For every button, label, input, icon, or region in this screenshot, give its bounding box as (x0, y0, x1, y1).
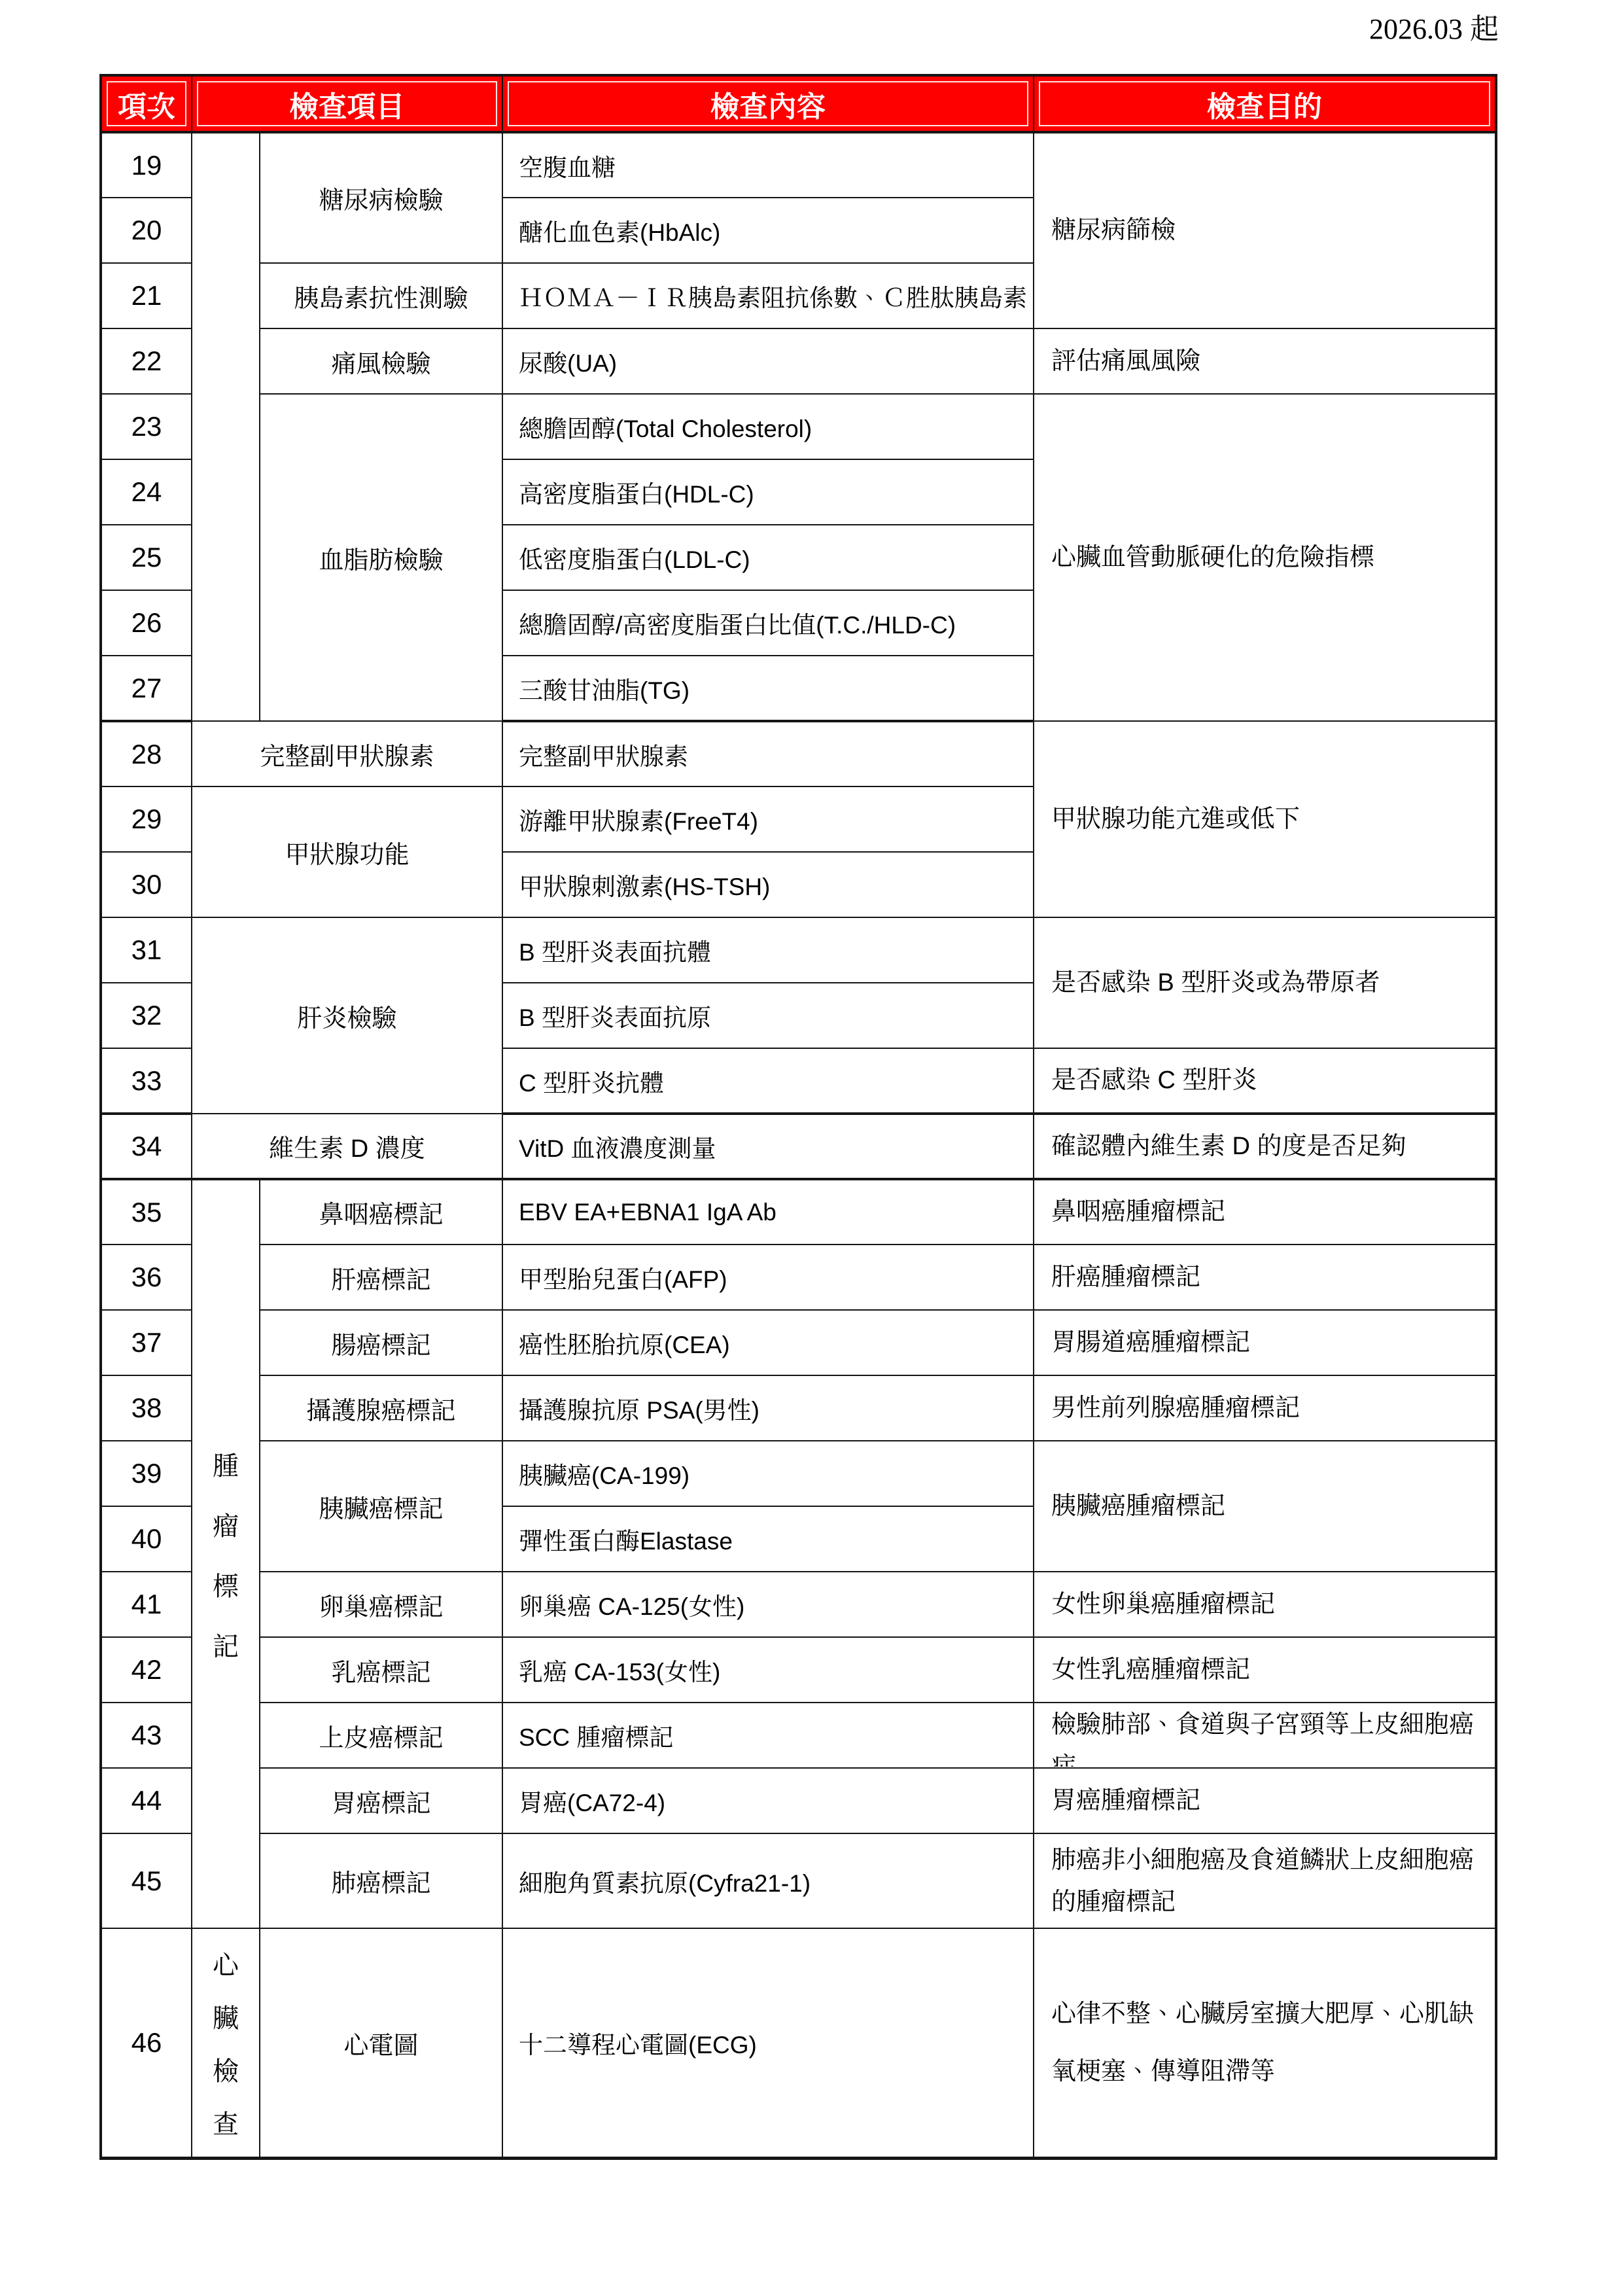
cell-42-purpose: 女性乳癌腫瘤標記 (1034, 1637, 1496, 1703)
cell-38-content: 攝護腺抗原 PSA(男性) (502, 1375, 1034, 1441)
cell-23-no: 23 (101, 394, 192, 459)
table-row-46: 46 心 臟 檢 查 心電圖 十二導程心電圖(ECG) 心律不整、心臟房室擴大肥… (101, 1928, 1496, 2159)
cell-43-no: 43 (101, 1703, 192, 1768)
cell-19-item: 糖尿病檢驗 (260, 132, 502, 263)
cell-20-no: 20 (101, 198, 192, 263)
cell-22-content: 尿酸(UA) (502, 328, 1034, 394)
cell-30-content: 甲狀腺刺激素(HS-TSH) (502, 852, 1034, 917)
cell-29-item: 甲狀腺功能 (192, 786, 502, 917)
cell-27-content: 三酸甘油脂(TG) (502, 656, 1034, 721)
cell-31-purpose: 是否感染 B 型肝炎或為帶原者 (1034, 917, 1496, 1048)
cell-24-no: 24 (101, 459, 192, 525)
group-tumor-char-3: 標 (192, 1566, 259, 1603)
cell-45-content: 細胞角質素抗原(Cyfra21-1) (502, 1833, 1034, 1928)
group-tumor-char-4: 記 (192, 1626, 259, 1663)
cell-44-item: 胃癌標記 (260, 1768, 502, 1833)
cell-45-no: 45 (101, 1833, 192, 1928)
header-content: 檢查內容 (502, 75, 1034, 132)
group-blank (192, 132, 260, 721)
date-note: 2026.03 起 (1369, 5, 1499, 47)
page: { "page": { "date_note": "2026.03 起", "c… (0, 0, 1623, 2296)
cell-25-no: 25 (101, 525, 192, 590)
group-tumor-char-2: 瘤 (192, 1506, 259, 1543)
cell-22-item: 痛風檢驗 (260, 328, 502, 394)
cell-27-no: 27 (101, 656, 192, 721)
cell-36-purpose: 肝癌腫瘤標記 (1034, 1245, 1496, 1310)
cell-30-no: 30 (101, 852, 192, 917)
cell-42-no: 42 (101, 1637, 192, 1703)
cell-31-item: 肝炎檢驗 (192, 917, 502, 1114)
table-row-38: 38 攝護腺癌標記 攝護腺抗原 PSA(男性) 男性前列腺癌腫瘤標記 (101, 1375, 1496, 1441)
cell-28-no: 28 (101, 721, 192, 786)
cell-33-content: C 型肝炎抗體 (502, 1048, 1034, 1114)
table-row-28: 28 完整副甲狀腺素 完整副甲狀腺素 甲狀腺功能亢進或低下 (101, 721, 1496, 786)
cell-31-content: B 型肝炎表面抗體 (502, 917, 1034, 983)
cell-43-purpose-clipbox: 檢驗肺部、食道與子宮頸等上皮細胞癌 症 (1051, 1704, 1484, 1767)
cell-37-content: 癌性胚胎抗原(CEA) (502, 1310, 1034, 1375)
cell-26-no: 26 (101, 590, 192, 656)
cell-41-purpose: 女性卵巢癌腫瘤標記 (1034, 1572, 1496, 1637)
cell-23-content: 總膽固醇(Total Cholesterol) (502, 394, 1034, 459)
header-no: 項次 (101, 75, 192, 132)
cell-23-item: 血脂肪檢驗 (260, 394, 502, 721)
cell-32-no: 32 (101, 983, 192, 1048)
cell-29-content: 游離甲狀腺素(FreeT4) (502, 786, 1034, 852)
cell-35-no: 35 (101, 1179, 192, 1245)
header-row: 項次 檢查項目 檢查內容 檢查目的 (101, 75, 1496, 132)
cell-25-content: 低密度脂蛋白(LDL-C) (502, 525, 1034, 590)
table-row-45: 45 肺癌標記 細胞角質素抗原(Cyfra21-1) 肺癌非小細胞癌及食道鱗狀上… (101, 1833, 1496, 1928)
header-item: 檢查項目 (192, 75, 502, 132)
cell-37-item: 腸癌標記 (260, 1310, 502, 1375)
cell-33-purpose: 是否感染 C 型肝炎 (1034, 1048, 1496, 1114)
table-row-36: 36 肝癌標記 甲型胎兒蛋白(AFP) 肝癌腫瘤標記 (101, 1245, 1496, 1310)
group-tumor-char-1: 腫 (192, 1445, 259, 1483)
table-row-44: 44 胃癌標記 胃癌(CA72-4) 胃癌腫瘤標記 (101, 1768, 1496, 1833)
table-row-43: 43 上皮癌標記 SCC 腫瘤標記 檢驗肺部、食道與子宮頸等上皮細胞癌 症 (101, 1703, 1496, 1768)
cell-28-purpose: 甲狀腺功能亢進或低下 (1034, 721, 1496, 917)
cell-22-purpose: 評估痛風風險 (1034, 328, 1496, 394)
cell-19-purpose: 糖尿病篩檢 (1034, 132, 1496, 328)
cell-45-purpose: 肺癌非小細胞癌及食道鱗狀上皮細胞癌的腫瘤標記 (1034, 1833, 1496, 1928)
cell-43-content: SCC 腫瘤標記 (502, 1703, 1034, 1768)
cell-21-content: ＨＯＭＡ－ＩＲ胰島素阻抗係數、Ｃ胜肽胰島素 (502, 263, 1034, 328)
cell-41-content: 卵巢癌 CA-125(女性) (502, 1572, 1034, 1637)
cell-39-item: 胰臟癌標記 (260, 1441, 502, 1572)
cell-40-content: 彈性蛋白酶Elastase (502, 1506, 1034, 1572)
cell-23-purpose: 心臟血管動脈硬化的危險指標 (1034, 394, 1496, 721)
table-row-41: 41 卵巢癌標記 卵巢癌 CA-125(女性) 女性卵巢癌腫瘤標記 (101, 1572, 1496, 1637)
group-tumor-markers: 腫 瘤 標 記 (192, 1179, 260, 1928)
cell-19-no: 19 (101, 132, 192, 198)
header-purpose: 檢查目的 (1034, 75, 1496, 132)
cell-39-content: 胰臟癌(CA-199) (502, 1441, 1034, 1506)
cell-32-content: B 型肝炎表面抗原 (502, 983, 1034, 1048)
group-heart-char-2: 臟 (192, 1998, 259, 2035)
cell-38-no: 38 (101, 1375, 192, 1441)
cell-44-content: 胃癌(CA72-4) (502, 1768, 1034, 1833)
group-heart-check: 心 臟 檢 查 (192, 1928, 260, 2159)
cell-46-purpose: 心律不整、心臟房室擴大肥厚、心肌缺氧梗塞、傳導阻滯等 (1034, 1928, 1496, 2159)
cell-34-content: VitD 血液濃度測量 (502, 1114, 1034, 1179)
cell-31-no: 31 (101, 917, 192, 983)
cell-46-item: 心電圖 (260, 1928, 502, 2159)
cell-38-purpose: 男性前列腺癌腫瘤標記 (1034, 1375, 1496, 1441)
cell-19-content: 空腹血糖 (502, 132, 1034, 198)
cell-39-purpose: 胰臟癌腫瘤標記 (1034, 1441, 1496, 1572)
table-row-35: 35 腫 瘤 標 記 鼻咽癌標記 EBV EA+EBNA1 IgA Ab 鼻咽癌… (101, 1179, 1496, 1245)
cell-35-purpose: 鼻咽癌腫瘤標記 (1034, 1179, 1496, 1245)
cell-42-content: 乳癌 CA-153(女性) (502, 1637, 1034, 1703)
group-heart-char-4: 查 (192, 2104, 259, 2141)
cell-33-no: 33 (101, 1048, 192, 1114)
checkup-table: 項次 檢查項目 檢查內容 檢查目的 19 糖尿病檢驗 空腹血糖 糖尿病篩檢 20… (99, 74, 1497, 2160)
cell-28-content: 完整副甲狀腺素 (502, 721, 1034, 786)
table-row-19: 19 糖尿病檢驗 空腹血糖 糖尿病篩檢 (101, 132, 1496, 198)
cell-36-no: 36 (101, 1245, 192, 1310)
cell-41-no: 41 (101, 1572, 192, 1637)
cell-36-item: 肝癌標記 (260, 1245, 502, 1310)
cell-34-no: 34 (101, 1114, 192, 1179)
cell-46-no: 46 (101, 1928, 192, 2159)
cell-21-no: 21 (101, 263, 192, 328)
cell-43-purpose: 檢驗肺部、食道與子宮頸等上皮細胞癌 症 (1034, 1703, 1496, 1768)
cell-43-purpose-line2-clipped: 症 (1051, 1746, 1484, 1767)
table-row-42: 42 乳癌標記 乳癌 CA-153(女性) 女性乳癌腫瘤標記 (101, 1637, 1496, 1703)
cell-29-no: 29 (101, 786, 192, 852)
table-row-22: 22 痛風檢驗 尿酸(UA) 評估痛風風險 (101, 328, 1496, 394)
cell-42-item: 乳癌標記 (260, 1637, 502, 1703)
cell-44-no: 44 (101, 1768, 192, 1833)
cell-36-content: 甲型胎兒蛋白(AFP) (502, 1245, 1034, 1310)
cell-35-item: 鼻咽癌標記 (260, 1179, 502, 1245)
cell-45-item: 肺癌標記 (260, 1833, 502, 1928)
table-row-37: 37 腸癌標記 癌性胚胎抗原(CEA) 胃腸道癌腫瘤標記 (101, 1310, 1496, 1375)
cell-46-content: 十二導程心電圖(ECG) (502, 1928, 1034, 2159)
cell-43-purpose-line1: 檢驗肺部、食道與子宮頸等上皮細胞癌 (1051, 1704, 1484, 1746)
table-row-23: 23 血脂肪檢驗 總膽固醇(Total Cholesterol) 心臟血管動脈硬… (101, 394, 1496, 459)
cell-38-item: 攝護腺癌標記 (260, 1375, 502, 1441)
group-heart-char-3: 檢 (192, 2051, 259, 2088)
cell-34-purpose: 確認體內維生素 D 的度是否足夠 (1034, 1114, 1496, 1179)
cell-28-item: 完整副甲狀腺素 (192, 721, 502, 786)
table-row-39: 39 胰臟癌標記 胰臟癌(CA-199) 胰臟癌腫瘤標記 (101, 1441, 1496, 1506)
cell-37-purpose: 胃腸道癌腫瘤標記 (1034, 1310, 1496, 1375)
cell-43-item: 上皮癌標記 (260, 1703, 502, 1768)
cell-41-item: 卵巢癌標記 (260, 1572, 502, 1637)
group-heart-char-1: 心 (192, 1945, 259, 1982)
cell-35-content: EBV EA+EBNA1 IgA Ab (502, 1179, 1034, 1245)
cell-22-no: 22 (101, 328, 192, 394)
cell-44-purpose: 胃癌腫瘤標記 (1034, 1768, 1496, 1833)
cell-37-no: 37 (101, 1310, 192, 1375)
cell-34-item: 維生素 D 濃度 (192, 1114, 502, 1179)
cell-26-content: 總膽固醇/高密度脂蛋白比值(T.C./HLD-C) (502, 590, 1034, 656)
table-row-31: 31 肝炎檢驗 B 型肝炎表面抗體 是否感染 B 型肝炎或為帶原者 (101, 917, 1496, 983)
cell-20-content: 醣化血色素(HbAlc) (502, 198, 1034, 263)
cell-40-no: 40 (101, 1506, 192, 1572)
cell-21-item: 胰島素抗性測驗 (260, 263, 502, 328)
cell-39-no: 39 (101, 1441, 192, 1506)
cell-24-content: 高密度脂蛋白(HDL-C) (502, 459, 1034, 525)
table-row-34: 34 維生素 D 濃度 VitD 血液濃度測量 確認體內維生素 D 的度是否足夠 (101, 1114, 1496, 1179)
